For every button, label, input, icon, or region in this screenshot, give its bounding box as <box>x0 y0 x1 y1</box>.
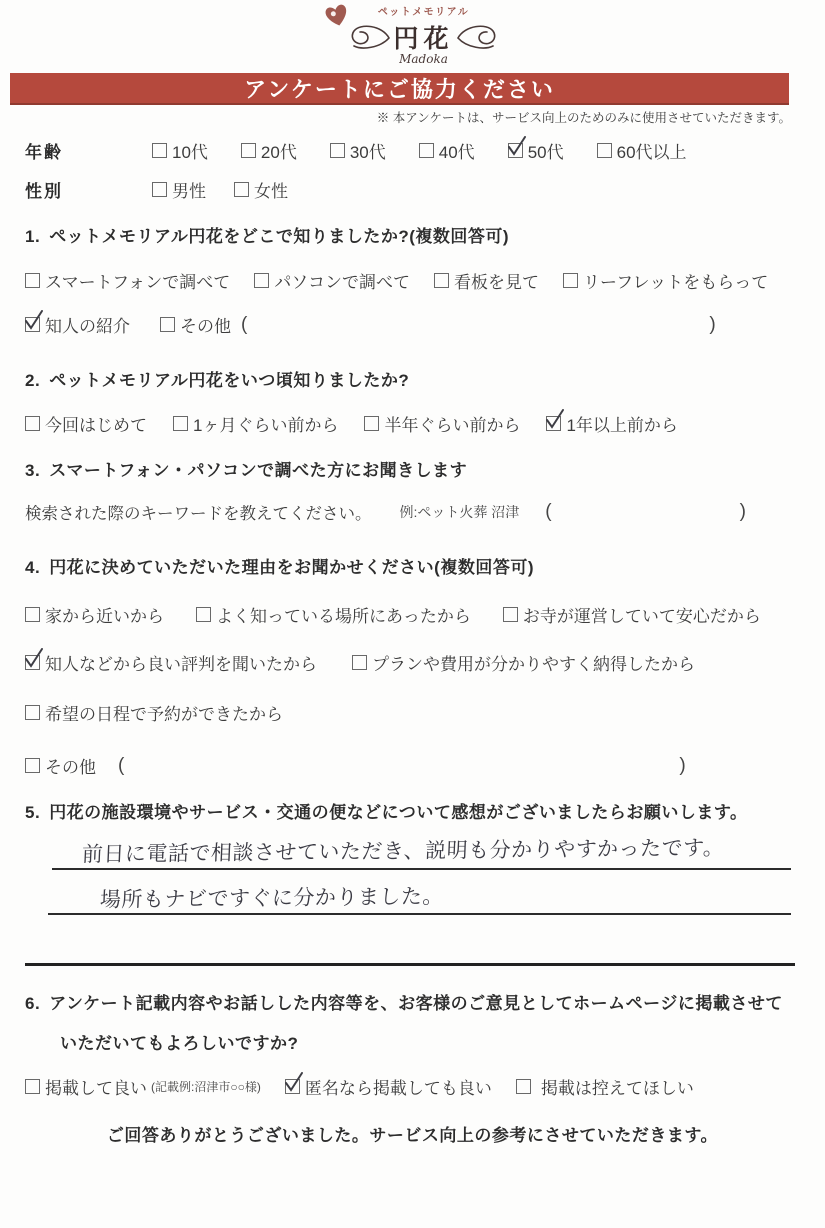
checkbox[interactable] <box>546 416 561 431</box>
q1-option-pc: パソコンで調べて <box>254 268 410 293</box>
q5-title: 円花の施設環境やサービス・交通の便などについて感想がございましたらお願いします。 <box>49 803 747 822</box>
checkbox-label: その他 <box>45 753 96 778</box>
checkbox[interactable] <box>25 317 40 332</box>
q1-option-leaflet: リーフレットをもらって <box>563 268 768 293</box>
age-option-10s: 10代 <box>152 138 208 163</box>
checkbox-label: 60代以上 <box>617 138 687 163</box>
checkbox-label: 家から近いから <box>45 602 164 627</box>
q4-option-good-reputation: 知人などから良い評判を聞いたから <box>25 650 317 675</box>
gender-row: 性別 男性 女性 <box>25 177 288 202</box>
q1-other-paren-close: ) <box>709 314 715 336</box>
q6-publish-example-note: (記載例:沼津市○○様) <box>151 1078 261 1095</box>
age-option-30s: 30代 <box>330 138 386 163</box>
checkbox-label: 半年ぐらい前から <box>384 411 520 436</box>
q2-option-one-month: 1ヶ月ぐらい前から <box>173 411 338 436</box>
q4-option-near-home: 家から近いから <box>25 602 164 627</box>
checkbox[interactable] <box>173 416 188 431</box>
q1-number: 1. <box>25 227 40 246</box>
checkbox[interactable] <box>516 1079 531 1094</box>
checkbox[interactable] <box>254 273 269 288</box>
logo-swirl-right-icon <box>457 22 501 52</box>
checkbox-label: リーフレットをもらって <box>583 268 768 293</box>
checkbox-label: 40代 <box>439 138 475 163</box>
q4-options-row3: 希望の日程で予約ができたから <box>25 700 283 725</box>
q2-heading: 2.ペットメモリアル円花をいつ頃知りましたか? <box>25 366 409 391</box>
age-option-20s: 20代 <box>241 138 297 163</box>
checkbox-label: 20代 <box>261 138 297 163</box>
q4-options-row4: その他 ( ) <box>25 753 686 778</box>
checkbox-label: 匿名なら掲載しても良い <box>305 1074 492 1099</box>
checkbox-label: 男性 <box>172 177 206 202</box>
checkbox-label: よく知っている場所にあったから <box>216 602 471 627</box>
q4-number: 4. <box>25 558 40 577</box>
q4-other-paren-close: ) <box>679 755 685 777</box>
q1-heading: 1.ペットメモリアル円花をどこで知りましたか?(複数回答可) <box>25 222 509 247</box>
q2-number: 2. <box>25 371 40 390</box>
q4-option-temple-run: お寺が運営していて安心だから <box>503 602 761 627</box>
checkbox-label: 50代 <box>528 138 564 163</box>
checkbox[interactable] <box>364 416 379 431</box>
q6-title-line2: いただいてもよろしいですか? <box>60 1034 298 1053</box>
checkmark-icon <box>283 1071 305 1093</box>
q4-option-clear-pricing: プランや費用が分かりやすく納得したから <box>352 650 695 675</box>
answer-rule-line <box>52 868 791 870</box>
q2-options-row: 今回はじめて 1ヶ月ぐらい前から 半年ぐらい前から 1年以上前から <box>25 411 678 436</box>
thank-you-footer: ご回答ありがとうございました。サービス向上の参考にさせていただきます。 <box>0 1121 825 1146</box>
checkmark-icon <box>23 309 45 331</box>
checkbox[interactable] <box>196 607 211 622</box>
checkbox-label: 30代 <box>350 138 386 163</box>
q1-other-paren-open: ( <box>241 314 247 336</box>
survey-banner: アンケートにご協力ください <box>10 73 789 105</box>
usage-note: ※ 本アンケートは、サービス向上のためのみに使用させていただきます。 <box>377 108 791 126</box>
q6-title-line1: アンケート記載内容やお話しした内容等を、お客様のご意見としてホームページに掲載さ… <box>49 994 783 1013</box>
q3-example-text: 例:ペット火葬 沼津 <box>400 502 520 522</box>
checkbox-label: 1年以上前から <box>566 411 677 436</box>
checkbox[interactable] <box>503 607 518 622</box>
checkbox[interactable] <box>25 758 40 773</box>
q4-option-familiar-place: よく知っている場所にあったから <box>196 602 471 627</box>
age-option-40s: 40代 <box>419 138 475 163</box>
q1-title: ペットメモリアル円花をどこで知りましたか?(複数回答可) <box>49 227 509 246</box>
gender-label: 性別 <box>25 177 152 202</box>
checkbox-label: 今回はじめて <box>45 411 147 436</box>
q1-option-smartphone: スマートフォンで調べて <box>25 268 230 293</box>
q5-heading: 5.円花の施設環境やサービス・交通の便などについて感想がございましたらお願いしま… <box>25 798 748 823</box>
answer-rule-line <box>48 913 791 915</box>
q4-heading: 4.円花に決めていただいた理由をお聞かせください(複数回答可) <box>25 553 534 578</box>
checkbox-label: プランや費用が分かりやすく納得したから <box>372 650 695 675</box>
q4-option-other: その他 <box>25 753 96 778</box>
checkbox-label: パソコンで調べて <box>274 268 410 293</box>
q1-option-signboard: 看板を見て <box>434 268 539 293</box>
q3-number: 3. <box>25 461 40 480</box>
checkbox[interactable] <box>25 655 40 670</box>
q4-options-row2: 知人などから良い評判を聞いたから プランや費用が分かりやすく納得したから <box>25 650 695 675</box>
checkbox-label: 1ヶ月ぐらい前から <box>193 411 338 436</box>
checkbox-label: 希望の日程で予約ができたから <box>45 700 283 725</box>
q3-paren-close: ) <box>740 501 746 523</box>
checkbox[interactable] <box>234 182 249 197</box>
q1-options-row1: スマートフォンで調べて パソコンで調べて 看板を見て リーフレットをもらって <box>25 268 768 293</box>
q2-title: ペットメモリアル円花をいつ頃知りましたか? <box>49 371 409 390</box>
q6-number: 6. <box>25 994 40 1013</box>
q4-options-row1: 家から近いから よく知っている場所にあったから お寺が運営していて安心だから <box>25 602 761 627</box>
checkbox-label: 女性 <box>254 177 288 202</box>
checkbox[interactable] <box>152 143 167 158</box>
checkbox-label: 知人などから良い評判を聞いたから <box>45 650 317 675</box>
q4-other-paren-open: ( <box>118 755 124 777</box>
survey-form-page: ペットメモリアル 円花 Madoka アンケートにご協力ください ※ 本アンケー… <box>0 0 825 1228</box>
checkbox-label: その他 <box>180 312 231 337</box>
checkbox-label: 看板を見て <box>454 268 539 293</box>
checkbox[interactable] <box>241 143 256 158</box>
q2-option-first-time: 今回はじめて <box>25 411 147 436</box>
q3-body-text: 検索された際のキーワードを教えてください。 <box>25 500 372 524</box>
logo-swirl-left-icon <box>346 22 390 52</box>
q6-option-publish-ok: 掲載して良い (記載例:沼津市○○様) <box>25 1074 261 1099</box>
q3-body-row: 検索された際のキーワードを教えてください。 例:ペット火葬 沼津 ( ) <box>25 500 746 524</box>
logo-script: Madoka <box>346 52 500 66</box>
gender-option-female: 女性 <box>234 177 288 202</box>
q6-options-row: 掲載して良い (記載例:沼津市○○様) 匿名なら掲載しても良い 掲載は控えてほし… <box>25 1074 694 1099</box>
q4-option-preferred-date: 希望の日程で予約ができたから <box>25 700 283 725</box>
q6-option-anonymous-ok: 匿名なら掲載しても良い <box>285 1074 492 1099</box>
answer-rule-line <box>25 963 795 966</box>
checkbox-label: 10代 <box>172 138 208 163</box>
checkbox-label: 知人の紹介 <box>45 312 130 337</box>
q1-options-row2: 知人の紹介 その他 ( ) <box>25 312 716 337</box>
q3-paren-open: ( <box>545 501 551 523</box>
checkbox[interactable] <box>285 1079 300 1094</box>
checkbox[interactable] <box>508 143 523 158</box>
logo-subtitle: ペットメモリアル <box>346 3 500 18</box>
gender-options: 男性 女性 <box>152 177 288 202</box>
checkbox[interactable] <box>434 273 449 288</box>
checkbox[interactable] <box>160 317 175 332</box>
q6-heading-line1: 6.アンケート記載内容やお話しした内容等を、お客様のご意見としてホームページに掲… <box>25 989 783 1014</box>
age-option-60s-plus: 60代以上 <box>597 138 687 163</box>
survey-banner-title: アンケートにご協力ください <box>244 73 555 104</box>
checkbox[interactable] <box>25 1079 40 1094</box>
age-option-50s: 50代 <box>508 138 564 163</box>
checkbox[interactable] <box>330 143 345 158</box>
q4-title: 円花に決めていただいた理由をお聞かせください(複数回答可) <box>49 558 534 577</box>
q2-option-over-one-year: 1年以上前から <box>546 411 677 436</box>
q5-handwritten-answer-line1: 前日に電話で相談させていただき、説明も分かりやすかったです。 <box>81 832 725 869</box>
q5-handwritten-answer-line2: 場所もナビですぐに分かりました。 <box>99 880 444 914</box>
age-label: 年齢 <box>25 138 152 163</box>
checkbox[interactable] <box>25 705 40 720</box>
checkbox-label: お寺が運営していて安心だから <box>523 602 761 627</box>
checkmark-icon <box>544 408 566 430</box>
checkbox[interactable] <box>563 273 578 288</box>
gender-option-male: 男性 <box>152 177 206 202</box>
q3-heading: 3.スマートフォン・パソコンで調べた方にお聞きします <box>25 456 467 481</box>
checkbox-label: スマートフォンで調べて <box>45 268 230 293</box>
age-options: 10代 20代 30代 40代 50代 60代以上 <box>152 138 687 163</box>
logo-title: 円花 <box>393 19 453 55</box>
checkbox[interactable] <box>152 182 167 197</box>
checkbox[interactable] <box>25 416 40 431</box>
q6-heading-line2: いただいてもよろしいですか? <box>60 1029 298 1054</box>
checkbox-label: 掲載して良い <box>45 1074 147 1099</box>
checkbox[interactable] <box>419 143 434 158</box>
checkmark-icon <box>506 135 528 157</box>
q3-title: スマートフォン・パソコンで調べた方にお聞きします <box>49 461 467 480</box>
checkbox[interactable] <box>25 273 40 288</box>
q1-option-other: その他 <box>160 312 231 337</box>
checkmark-icon <box>23 647 45 669</box>
q2-option-half-year: 半年ぐらい前から <box>364 411 520 436</box>
q5-number: 5. <box>25 803 40 822</box>
logo: ペットメモリアル 円花 Madoka <box>0 3 825 66</box>
checkbox[interactable] <box>25 607 40 622</box>
q1-option-referral: 知人の紹介 <box>25 312 130 337</box>
age-row: 年齢 10代 20代 30代 40代 50代 <box>25 138 687 163</box>
checkbox-label: 掲載は控えてほしい <box>541 1074 694 1099</box>
q6-option-no-publish: 掲載は控えてほしい <box>516 1074 694 1099</box>
checkbox[interactable] <box>597 143 612 158</box>
checkbox[interactable] <box>352 655 367 670</box>
